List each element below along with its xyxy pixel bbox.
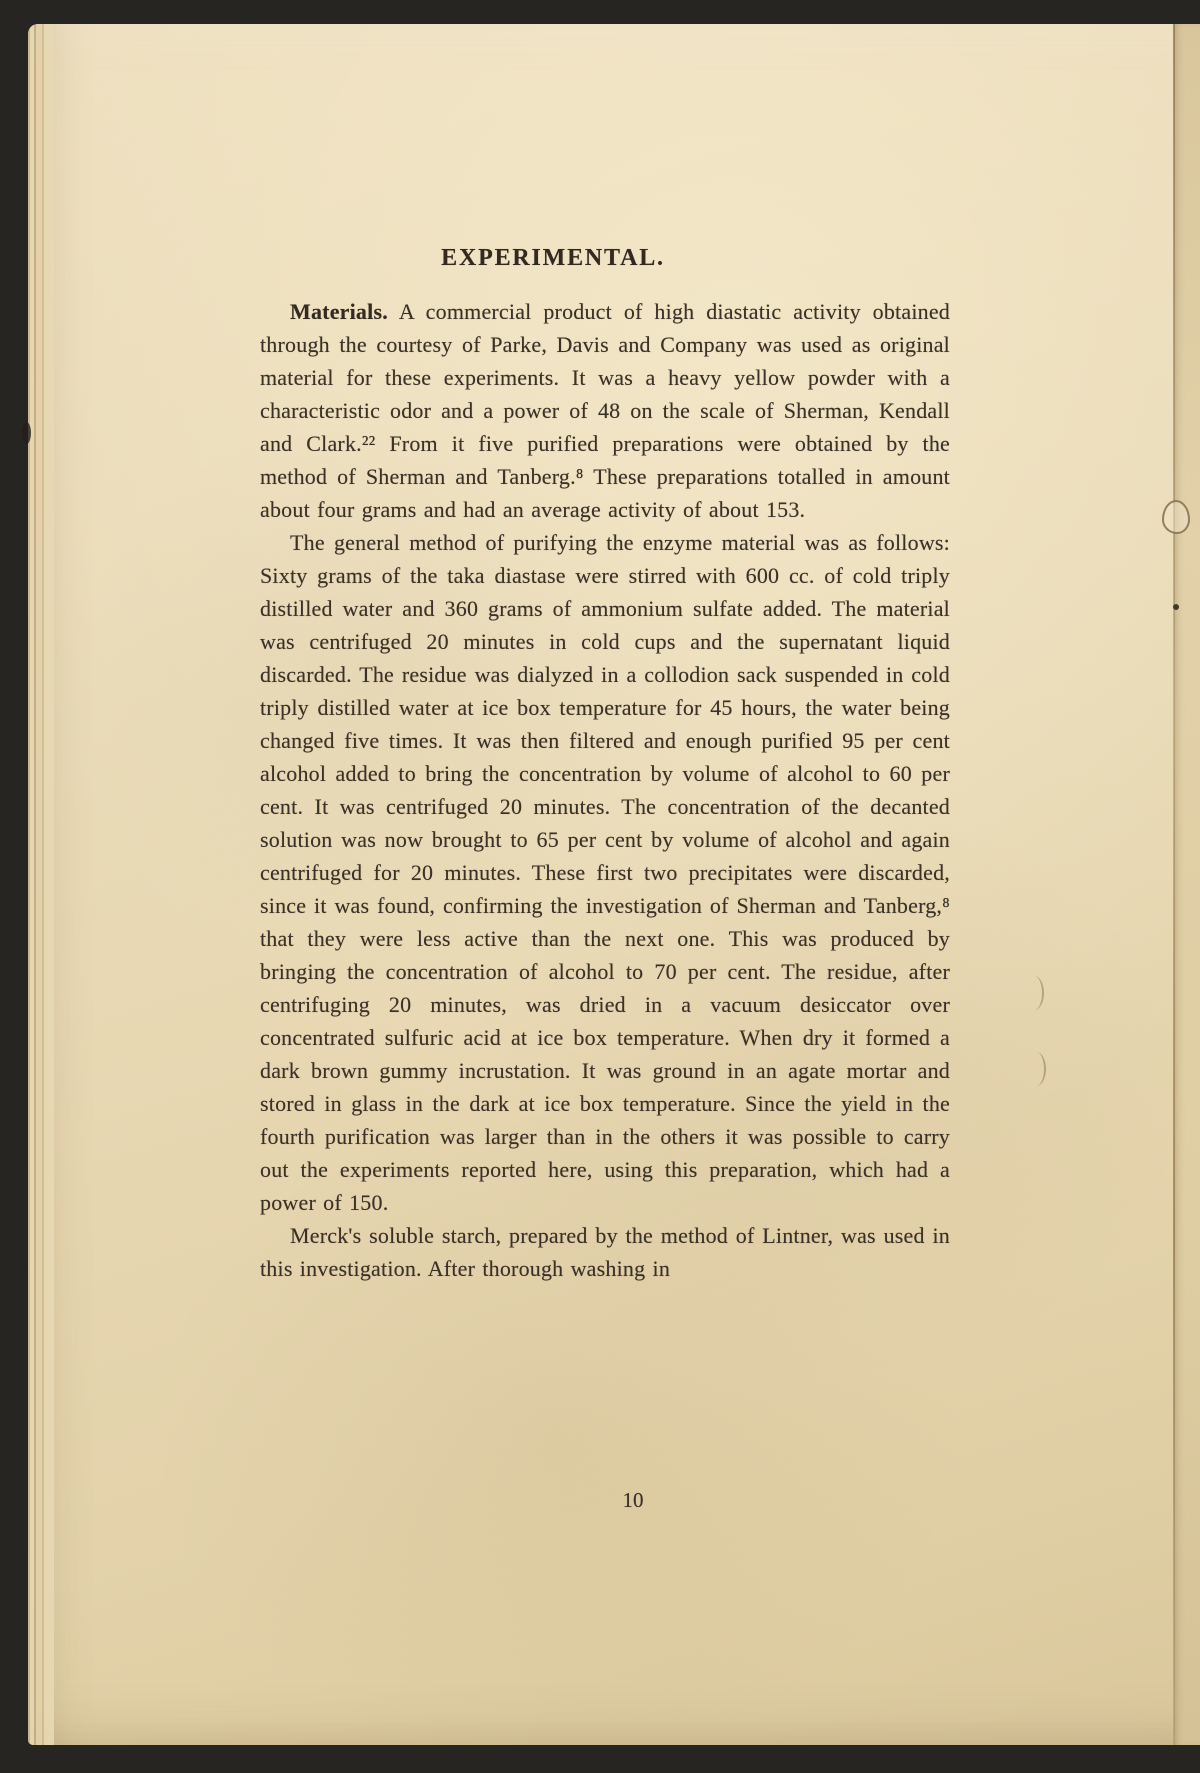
scan-artifact-loop bbox=[1162, 500, 1190, 534]
margin-pencil-mark bbox=[1030, 1052, 1046, 1086]
page-crease-line bbox=[1173, 24, 1175, 1745]
section-heading: EXPERIMENTAL. bbox=[208, 245, 898, 272]
book-page: EXPERIMENTAL. Materials.A commercial pro… bbox=[28, 24, 1200, 1745]
paragraph-soluble-starch: Merck's soluble starch, prepared by the … bbox=[260, 1219, 950, 1285]
margin-pencil-mark bbox=[1028, 976, 1044, 1010]
materials-run-in-heading: Materials. bbox=[290, 299, 388, 324]
paragraph-materials-text: A commercial product of high diastatic a… bbox=[260, 299, 950, 522]
scan-artifact-dot bbox=[1173, 604, 1179, 610]
page-edge-speck bbox=[22, 422, 31, 444]
stacked-page-edges bbox=[28, 24, 54, 1745]
paragraph-materials: Materials.A commercial product of high d… bbox=[260, 295, 950, 526]
page-number: 10 bbox=[288, 1488, 978, 1513]
next-page-edge bbox=[1174, 24, 1200, 1745]
page-text-block: Materials.A commercial product of high d… bbox=[260, 295, 950, 1285]
paragraph-purification-method: The general method of purifying the enzy… bbox=[260, 526, 950, 1219]
scanned-book-photo: EXPERIMENTAL. Materials.A commercial pro… bbox=[0, 0, 1200, 1773]
